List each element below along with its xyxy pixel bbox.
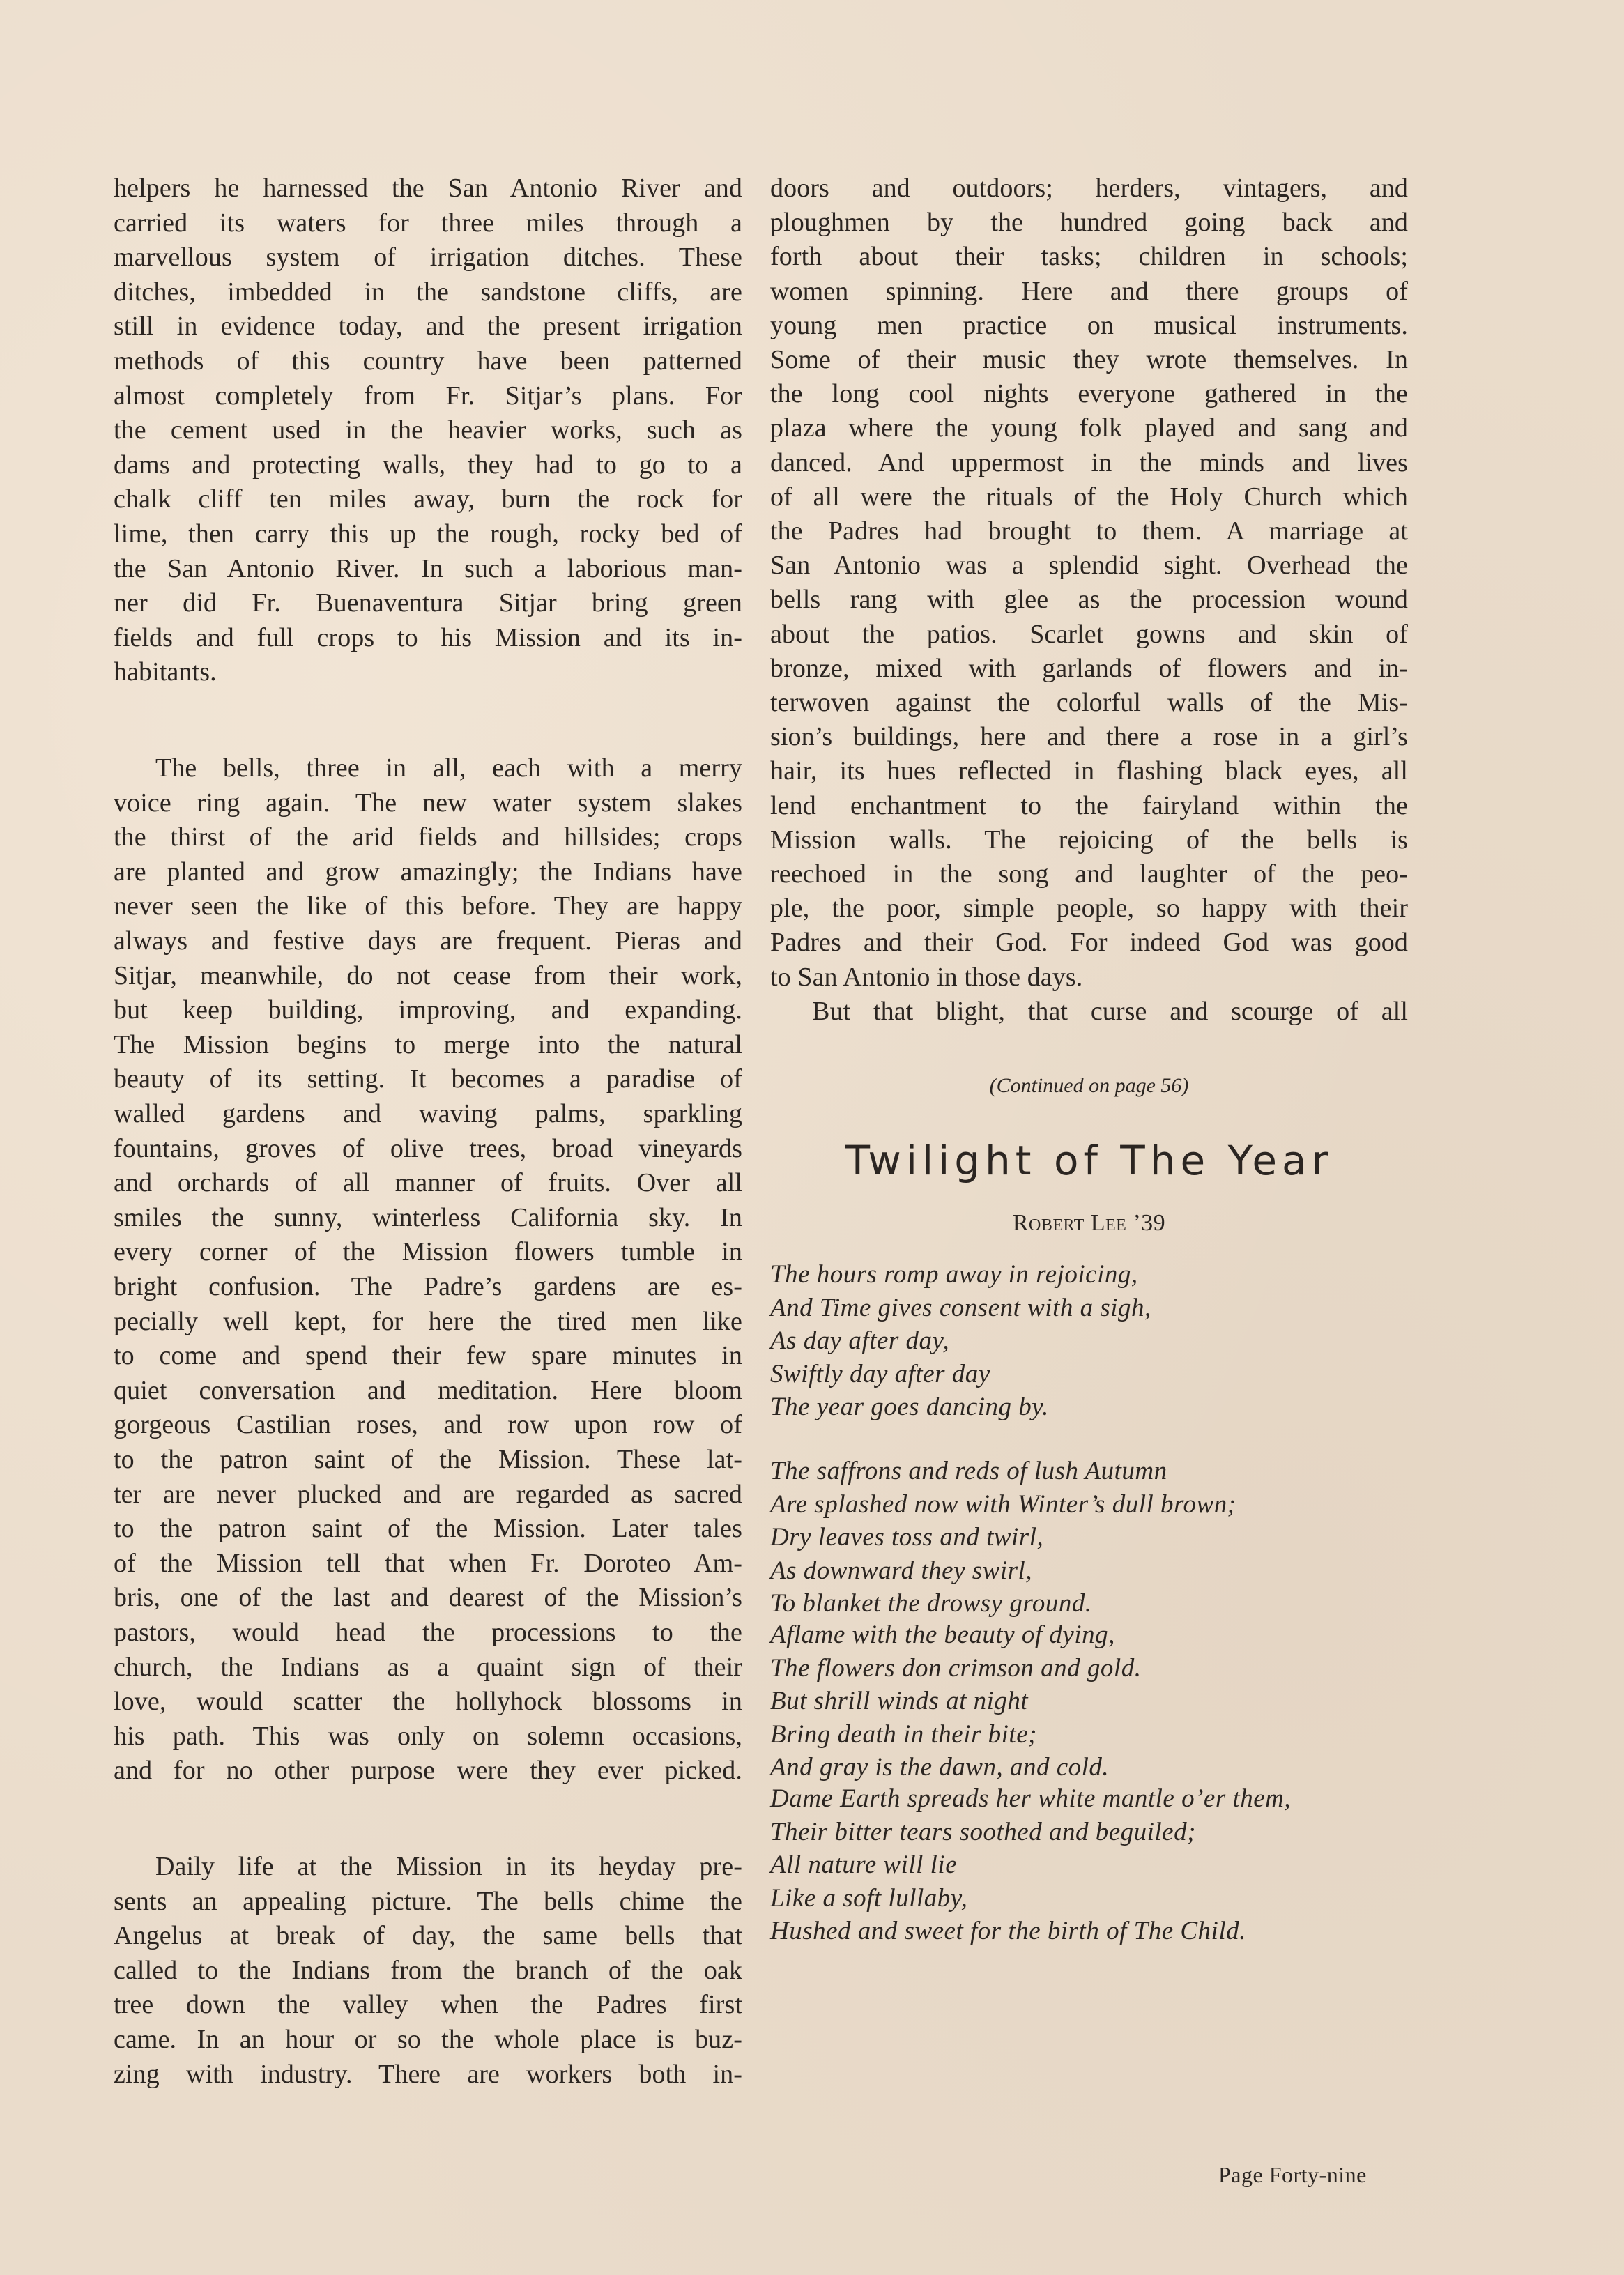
text-line: chalk cliff ten miles away, burn the roc…: [114, 482, 742, 516]
poem-verse: To blanket the drowsy ground.: [770, 1587, 1408, 1621]
text-line: to the patron saint of the Mission. Thes…: [114, 1442, 742, 1477]
page-number: Page Forty-nine: [1218, 2161, 1367, 2189]
text-line: The Mission begins to merge into the nat…: [114, 1027, 742, 1062]
text-line: Mission walls. The rejoicing of the bell…: [770, 822, 1408, 857]
text-line: sion’s buildings, here and there a rose …: [770, 719, 1408, 754]
poem-verse: Bring death in their bite;: [770, 1718, 1408, 1752]
text-line: quiet conversation and meditation. Here …: [114, 1373, 742, 1408]
text-line: his path. This was only on solemn occasi…: [114, 1719, 742, 1754]
text-line: But that blight, that curse and scourge …: [770, 994, 1408, 1029]
text-line: women spinning. Here and there groups of: [770, 274, 1408, 309]
text-line: beauty of its setting. It becomes a para…: [114, 1062, 742, 1096]
text-line: the thirst of the arid fields and hillsi…: [114, 820, 742, 855]
continued-note: (Continued on page 56): [770, 1072, 1408, 1100]
poem-byline: Robert Lee ’39: [770, 1208, 1408, 1239]
text-line: ter are never plucked and are regarded a…: [114, 1477, 742, 1512]
poem-verse: Aflame with the beauty of dying,: [770, 1618, 1408, 1652]
text-line: carried its waters for three miles throu…: [114, 206, 742, 240]
text-line: Daily life at the Mission in its heyday …: [114, 1849, 742, 1884]
poem-verse: The saffrons and reds of lush Autumn: [770, 1455, 1408, 1488]
text-line: lime, then carry this up the rough, rock…: [114, 516, 742, 551]
text-line: are planted and grow amazingly; the Indi…: [114, 855, 742, 889]
text-line: every corner of the Mission flowers tumb…: [114, 1234, 742, 1269]
text-line: bright confusion. The Padre’s gardens ar…: [114, 1269, 742, 1304]
poem-verse: But shrill winds at night: [770, 1685, 1408, 1718]
text-line: of the Mission tell that when Fr. Dorote…: [114, 1546, 742, 1581]
text-line: smiles the sunny, winterless California …: [114, 1200, 742, 1235]
text-line: San Antonio was a splendid sight. Overhe…: [770, 548, 1408, 583]
text-line: about the patios. Scarlet gowns and skin…: [770, 617, 1408, 652]
text-line: habitants.: [114, 654, 742, 689]
text-line: to the patron saint of the Mission. Late…: [114, 1511, 742, 1546]
text-line: marvellous system of irrigation ditches.…: [114, 240, 742, 275]
text-line: young men practice on musical instrument…: [770, 308, 1408, 343]
poem-verse: As downward they swirl,: [770, 1554, 1408, 1588]
text-line: hair, its hues reflected in flashing bla…: [770, 753, 1408, 788]
text-line: helpers he harnessed the San Antonio Riv…: [114, 171, 742, 206]
poem-verse: And gray is the dawn, and cold.: [770, 1751, 1408, 1784]
text-line: and orchards of all manner of fruits. Ov…: [114, 1165, 742, 1200]
text-line: lend enchantment to the fairyland within…: [770, 788, 1408, 823]
text-line: ditches, imbedded in the sandstone cliff…: [114, 275, 742, 309]
text-line: reechoed in the song and laughter of the…: [770, 857, 1408, 891]
text-line: never seen the like of this before. They…: [114, 889, 742, 924]
text-line: always and festive days are frequent. Pi…: [114, 924, 742, 958]
text-line: ple, the poor, simple people, so happy w…: [770, 891, 1408, 926]
text-line: the Padres had brought to them. A marria…: [770, 514, 1408, 549]
text-line: sents an appealing picture. The bells ch…: [114, 1884, 742, 1919]
text-line: fountains, groves of olive trees, broad …: [114, 1131, 742, 1166]
text-line: bells rang with glee as the procession w…: [770, 582, 1408, 617]
text-line: pastors, would head the processions to t…: [114, 1615, 742, 1650]
poem-verse: Their bitter tears soothed and beguiled;: [770, 1816, 1408, 1849]
poem-verse: Hushed and sweet for the birth of The Ch…: [770, 1915, 1408, 1948]
text-line: almost completely from Fr. Sitjar’s plan…: [114, 378, 742, 413]
text-line: church, the Indians as a quaint sign of …: [114, 1650, 742, 1685]
text-line: Padres and their God. For indeed God was…: [770, 925, 1408, 960]
text-line: Some of their music they wrote themselve…: [770, 342, 1408, 377]
poem-verse: Dame Earth spreads her white mantle o’er…: [770, 1782, 1408, 1816]
text-line: Sitjar, meanwhile, do not cease from the…: [114, 958, 742, 993]
text-line: the cement used in the heavier works, su…: [114, 413, 742, 447]
text-line: walled gardens and waving palms, sparkli…: [114, 1096, 742, 1131]
poem-verse: Are splashed now with Winter’s dull brow…: [770, 1488, 1408, 1522]
text-line: but keep building, improving, and expand…: [114, 993, 742, 1027]
poem-verse: All nature will lie: [770, 1848, 1408, 1882]
text-line: dams and protecting walls, they had to g…: [114, 447, 742, 482]
text-line: bris, one of the last and dearest of the…: [114, 1580, 742, 1615]
text-line: fields and full crops to his Mission and…: [114, 620, 742, 655]
poem-verse: The year goes dancing by.: [770, 1391, 1408, 1424]
text-line: of all were the rituals of the Holy Chur…: [770, 480, 1408, 514]
text-line: zing with industry. There are workers bo…: [114, 2057, 742, 2092]
text-line: ploughmen by the hundred going back and: [770, 205, 1408, 240]
text-line: the San Antonio River. In such a laborio…: [114, 551, 742, 586]
poem-verse: As day after day,: [770, 1324, 1408, 1358]
poem-verse: Dry leaves toss and twirl,: [770, 1521, 1408, 1554]
text-line: bronze, mixed with garlands of flowers a…: [770, 651, 1408, 686]
poem-title: Twilight of The Year: [770, 1136, 1408, 1185]
text-line: to come and spend their few spare minute…: [114, 1338, 742, 1373]
text-line: doors and outdoors; herders, vintagers, …: [770, 171, 1408, 206]
text-line: love, would scatter the hollyhock blosso…: [114, 1684, 742, 1719]
poem-verse: The hours romp away in rejoicing,: [770, 1258, 1408, 1292]
poem-verse: The flowers don crimson and gold.: [770, 1652, 1408, 1685]
text-line: forth about their tasks; children in sch…: [770, 239, 1408, 274]
text-line: The bells, three in all, each with a mer…: [114, 751, 742, 786]
text-line: called to the Indians from the branch of…: [114, 1953, 742, 1988]
text-line: tree down the valley when the Padres fir…: [114, 1987, 742, 2022]
text-line: terwoven against the colorful walls of t…: [770, 685, 1408, 720]
text-line: still in evidence today, and the present…: [114, 309, 742, 344]
text-line: danced. And uppermost in the minds and l…: [770, 445, 1408, 480]
text-line: and for no other purpose were they ever …: [114, 1753, 742, 1788]
text-line: the long cool nights everyone gathered i…: [770, 376, 1408, 411]
poem-verse: And Time gives consent with a sigh,: [770, 1292, 1408, 1325]
text-line: methods of this country have been patter…: [114, 344, 742, 378]
poem-verse: Swiftly day after day: [770, 1358, 1408, 1391]
text-line: to San Antonio in those days.: [770, 960, 1408, 995]
text-line: pecially well kept, for here the tired m…: [114, 1304, 742, 1339]
poem-verse: Like a soft lullaby,: [770, 1882, 1408, 1915]
text-line: gorgeous Castilian roses, and row upon r…: [114, 1407, 742, 1442]
text-line: came. In an hour or so the whole place i…: [114, 2022, 742, 2057]
text-line: plaza where the young folk played and sa…: [770, 411, 1408, 445]
text-line: Angelus at break of day, the same bells …: [114, 1918, 742, 1953]
text-line: voice ring again. The new water system s…: [114, 786, 742, 820]
text-line: ner did Fr. Buenaventura Sitjar bring gr…: [114, 585, 742, 620]
